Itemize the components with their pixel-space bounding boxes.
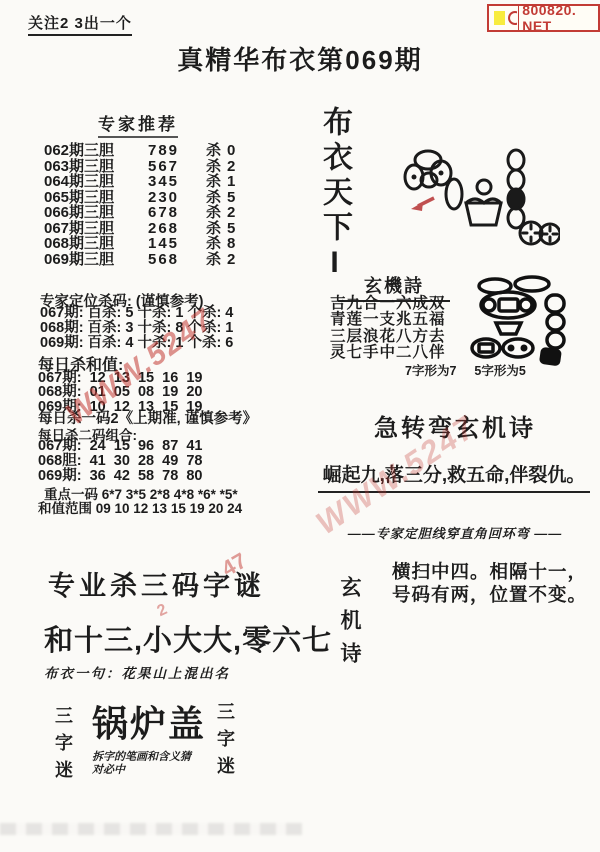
logo-circle-icon [508,11,516,25]
shape-puzzle-drawing [468,274,588,366]
row-period: 064期三胆 [44,174,148,190]
table-row: 063期三胆567杀2 [44,159,235,175]
row-kill-label: 杀 [206,221,227,237]
caption-five: 5字形为5 [474,364,525,378]
row-period: 068期三胆 [44,236,148,252]
row-code: 268 [148,221,206,237]
page-title: 真精华布衣第069期 [0,40,600,77]
sum-range-line: 和值范围 09 10 12 13 15 19 20 24 [38,497,242,517]
table-row: 069期三胆568杀2 [44,252,235,268]
row-kill-label: 杀 [206,174,227,190]
row-kill-label: 杀 [206,159,227,175]
poem-line: 吉九合一六成双 [330,296,446,312]
site-badge: 800820. NET [487,4,600,32]
poem-line: 号码有两，位置不变。 [392,583,587,606]
table-row: 067期三胆268杀5 [44,221,235,237]
list-item: 068胆: 41 30 28 49 78 [38,454,202,469]
expert-recommend-title: 专家推荐 [98,110,178,138]
bottom-poem-vertical-title: 玄机诗 [334,576,364,675]
shape-caption: 7字形为75字形为5 [405,361,544,379]
row-kill-label: 杀 [206,205,227,221]
row-period: 067期三胆 [44,221,148,237]
row-code: 789 [148,143,206,159]
row-code: 230 [148,190,206,206]
red-arrow-icon [411,198,434,211]
buyi-tianxia-vertical-title: 布衣天下I [312,106,356,284]
bottom-poem: 横扫中四。相隔十一， 号码有两，位置不变。 [392,560,587,606]
row-kill: 0 [227,143,235,159]
row-period: 062期三胆 [44,143,148,159]
table-row: 068期三胆145杀8 [44,236,235,252]
site-url-text: 800820. NET [522,2,598,34]
row-kill: 2 [227,159,235,175]
row-period: 065期三胆 [44,190,148,206]
badge-divider [518,6,520,30]
list-item: 069期: 36 42 58 78 80 [38,469,202,484]
three-char-answer: 锅炉盖 [92,696,206,747]
yellow-square-icon [494,11,505,25]
row-kill: 2 [227,252,235,268]
row-kill-label: 杀 [206,190,227,206]
mystic-poem: 吉九合一六成双 青莲一支兆五福 三层浪花八方去 灵七手中二八伴 [330,296,446,361]
row-kill-label: 杀 [206,252,227,268]
coin-puzzle-drawing [398,146,560,248]
three-char-hint: 拆字的笔画和含义猜 对必中 [92,751,191,777]
poem-line: 横扫中四。相隔十一， [392,560,587,583]
hint-line: 拆字的笔画和含义猜 [92,751,191,764]
row-code: 568 [148,252,206,268]
row-kill: 5 [227,221,235,237]
row-kill: 8 [227,236,235,252]
row-kill: 5 [227,190,235,206]
turn-poem-subtitle: ——专家定胆线穿直角回环弯 —— [330,523,580,542]
expert-recommend-list: 062期三胆789杀0 063期三胆567杀2 064期三胆345杀1 065期… [44,143,235,267]
row-period: 069期三胆 [44,252,148,268]
three-char-label-left: 三字迷 [50,706,76,787]
row-code: 567 [148,159,206,175]
table-row: 066期三胆678杀2 [44,205,235,221]
table-row: 064期三胆345杀1 [44,174,235,190]
poem-line: 灵七手中二八伴 [330,345,446,361]
riddle-line: 和十三,小大大,零六七 [44,618,332,659]
row-kill: 2 [227,205,235,221]
three-char-label-right: 三字迷 [212,702,238,783]
row-kill-label: 杀 [206,236,227,252]
top-note: 关注2 3出一个 [28,12,132,36]
table-row: 062期三胆789杀0 [44,143,235,159]
list-item: 067期: 24 15 96 87 41 [38,439,202,454]
row-code: 345 [148,174,206,190]
row-period: 063期三胆 [44,159,148,175]
row-period: 066期三胆 [44,205,148,221]
daily-kill-two-list: 067期: 24 15 96 87 41 068胆: 41 30 28 49 7… [38,439,202,483]
poem-line: 青莲一支兆五福 [330,312,446,328]
table-row: 065期三胆230杀5 [44,190,235,206]
scan-ghost-strip [0,823,302,835]
poem-line: 三层浪花八方去 [330,329,446,345]
row-code: 678 [148,205,206,221]
row-code: 145 [148,236,206,252]
hint-line: 对必中 [92,764,191,777]
row-kill: 1 [227,174,235,190]
row-kill-label: 杀 [206,143,227,159]
caption-seven: 7字形为7 [405,364,456,378]
riddle-sentence: 布衣一句：花果山上混出名 [44,662,230,682]
